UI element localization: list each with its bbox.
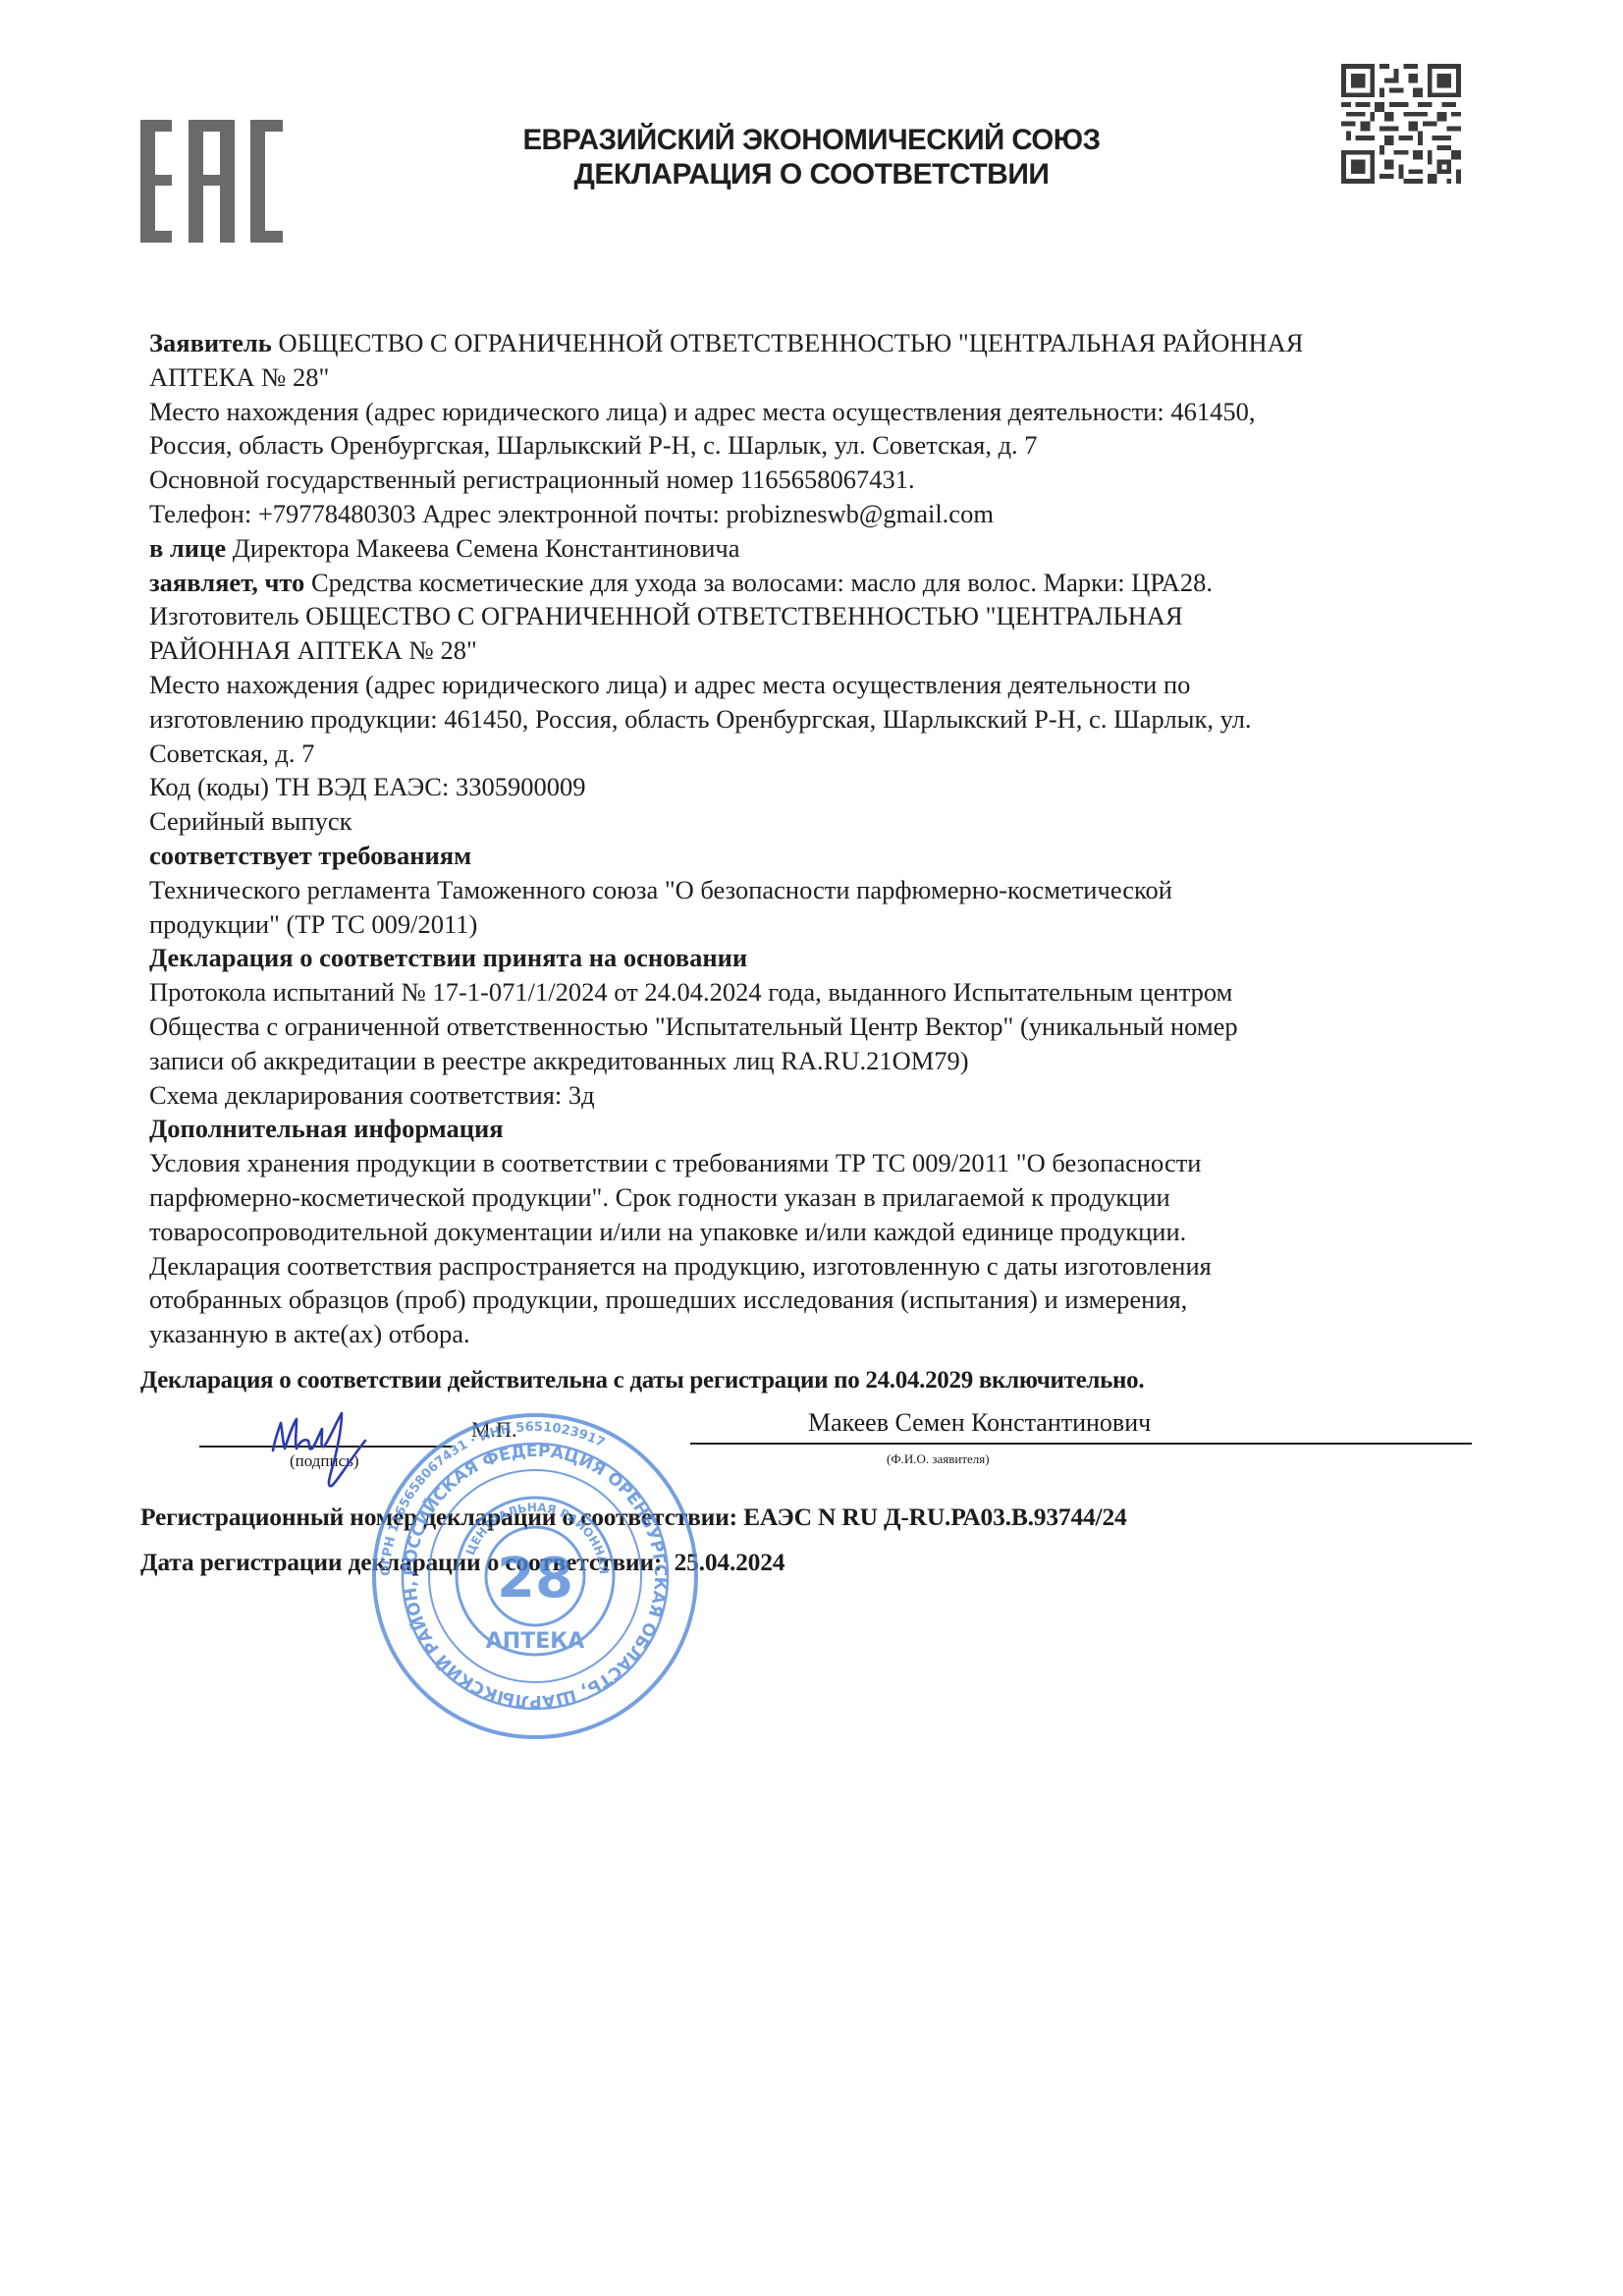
body-line: Россия, область Оренбургская, Шарлыкский… xyxy=(149,428,1524,463)
declares-label: заявляет, что xyxy=(149,568,304,597)
body-line: Советская, д. 7 xyxy=(149,737,1524,771)
applicant-name-line xyxy=(690,1443,1472,1445)
body-line: парфюмерно-косметической продукции". Сро… xyxy=(149,1180,1524,1215)
registration-number-value: ЕАЭС N RU Д-RU.РА03.В.93744/24 xyxy=(743,1503,1126,1531)
contacts-line: Телефон: +79778480303 Адрес электронной … xyxy=(149,497,1524,531)
body-line: товаросопроводительной документации и/ил… xyxy=(149,1215,1524,1249)
body-line: продукции" (ТР ТС 009/2011) xyxy=(149,907,1524,942)
body-line: РАЙОННАЯ АПТЕКА № 28" xyxy=(149,633,1524,668)
body-line: Условия хранения продукции в соответстви… xyxy=(149,1146,1524,1180)
ogrn-line: Основной государственный регистрационный… xyxy=(149,463,1524,497)
section-heading-basis: Декларация о соответствии принята на осн… xyxy=(149,941,1524,975)
applicant-name-label: (Ф.И.О. заявителя) xyxy=(887,1451,990,1467)
represented-by-label: в лице xyxy=(149,533,226,563)
applicant-full-name: Макеев Семен Константинович xyxy=(808,1408,1151,1438)
section-heading-requirements: соответствует требованиям xyxy=(149,839,1524,873)
handwritten-signature xyxy=(265,1399,403,1498)
body-line: АПТЕКА № 28" xyxy=(149,360,1524,395)
applicant-label: Заявитель xyxy=(149,328,272,357)
hs-code-line: Код (коды) ТН ВЭД ЕАЭС: 3305900009 xyxy=(149,770,1524,804)
company-stamp: ОГРН 1165658067431 · ИНН 5651023917 РОСС… xyxy=(371,1412,699,1740)
body-line: Общества с ограниченной ответственностью… xyxy=(149,1010,1524,1044)
signature-icon xyxy=(265,1399,403,1498)
body-line: Технического регламента Таможенного союз… xyxy=(149,873,1524,907)
body-line: Место нахождения (адрес юридического лиц… xyxy=(149,668,1524,702)
serial-release-line: Серийный выпуск xyxy=(149,804,1524,839)
product-description: Средства косметические для ухода за воло… xyxy=(304,568,1213,597)
svg-text:28: 28 xyxy=(497,1547,573,1611)
test-protocol-line: Протокола испытаний № 17-1-071/1/2024 от… xyxy=(149,975,1524,1010)
body-line: изготовлению продукции: 461450, Россия, … xyxy=(149,702,1524,737)
validity-statement: Декларация о соответствии действительна … xyxy=(140,1367,1144,1394)
body-line: Декларация соответствия распространяется… xyxy=(149,1249,1524,1284)
declares-line: заявляет, что Средства косметические для… xyxy=(149,566,1524,600)
svg-text:АПТЕКА: АПТЕКА xyxy=(486,1629,584,1654)
declaration-body: Заявитель ОБЩЕСТВО С ОГРАНИЧЕННОЙ ОТВЕТС… xyxy=(149,326,1524,1351)
applicant-name: ОБЩЕСТВО С ОГРАНИЧЕННОЙ ОТВЕТСТВЕННОСТЬЮ… xyxy=(272,328,1304,357)
body-line: записи об аккредитации в реестре аккреди… xyxy=(149,1044,1524,1078)
qr-code-icon[interactable] xyxy=(1341,63,1461,185)
body-line: указанную в акте(ах) отбора. xyxy=(149,1317,1524,1351)
represented-by-value: Директора Макеева Семена Константиновича xyxy=(226,533,739,563)
applicant-line: Заявитель ОБЩЕСТВО С ОГРАНИЧЕННОЙ ОТВЕТС… xyxy=(149,326,1524,360)
scheme-line: Схема декларирования соответствия: 3д xyxy=(149,1078,1524,1113)
body-line: отобранных образцов (проб) продукции, пр… xyxy=(149,1283,1524,1317)
manufacturer-line: Изготовитель ОБЩЕСТВО С ОГРАНИЧЕННОЙ ОТВ… xyxy=(149,599,1524,633)
represented-by-line: в лице Директора Макеева Семена Констант… xyxy=(149,531,1524,566)
stamp-seal-icon: ОГРН 1165658067431 · ИНН 5651023917 РОСС… xyxy=(371,1412,699,1740)
body-line: Место нахождения (адрес юридического лиц… xyxy=(149,395,1524,429)
section-heading-additional: Дополнительная информация xyxy=(149,1112,1524,1146)
